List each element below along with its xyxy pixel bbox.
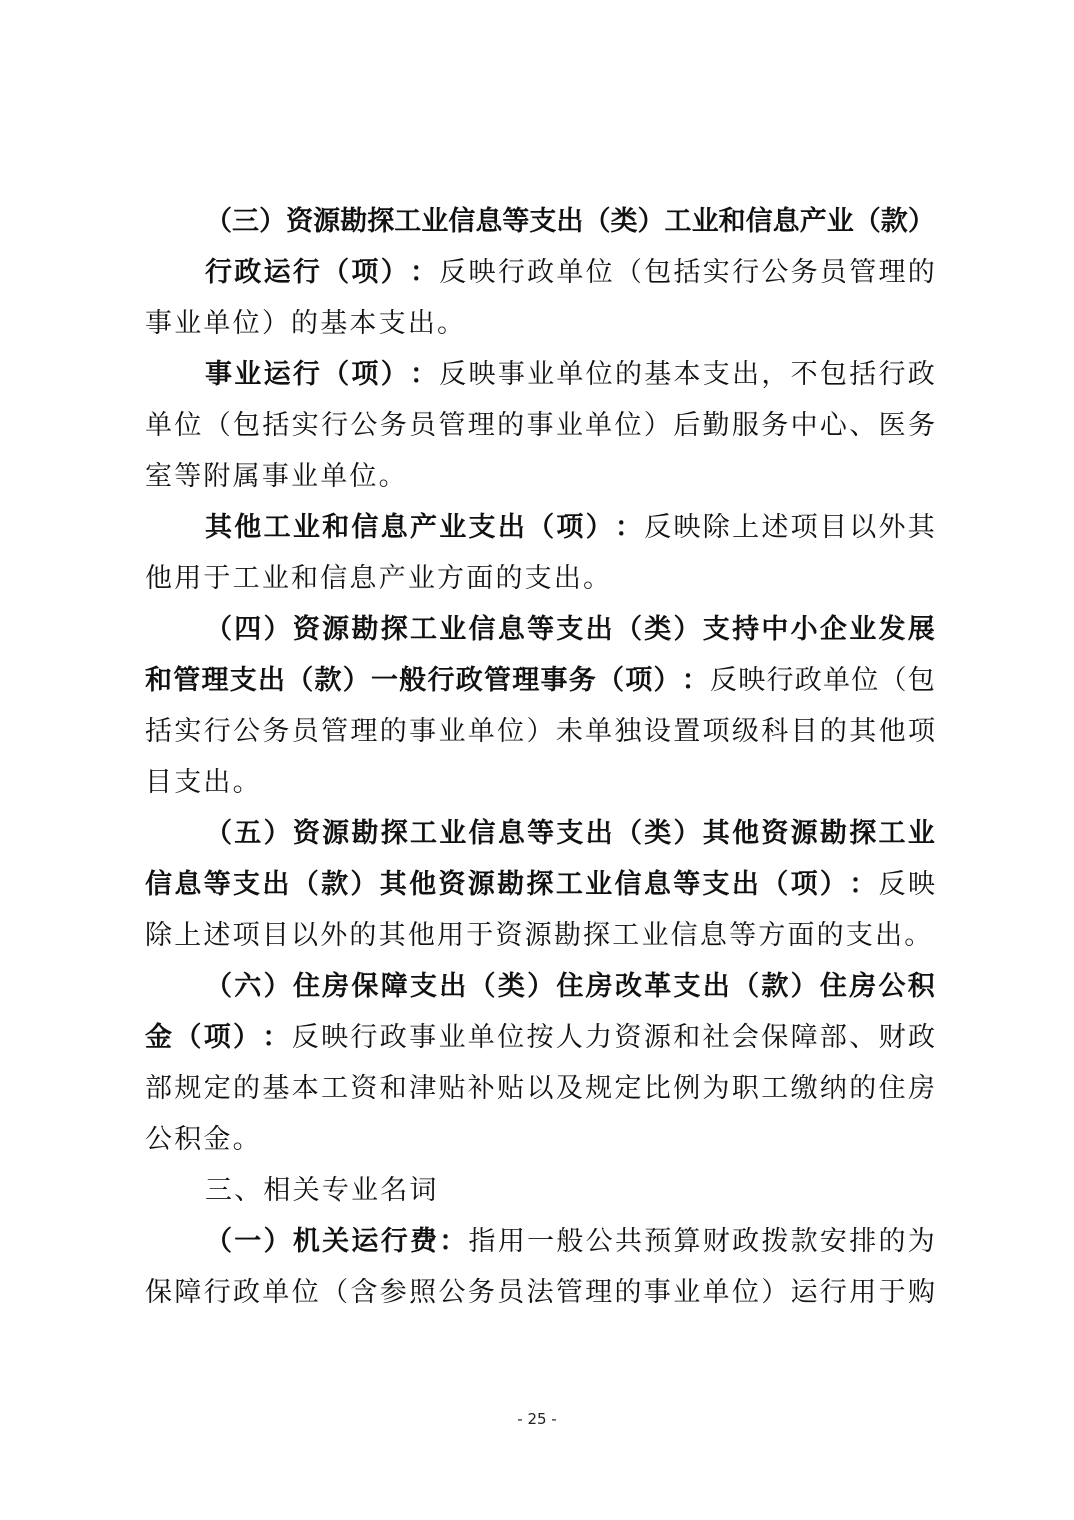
- char: 事: [262, 451, 291, 502]
- bold-char: 出: [586, 604, 613, 655]
- bold-char: 业: [439, 808, 466, 859]
- bold-char: 保: [351, 961, 378, 1012]
- char: 于: [879, 1267, 906, 1318]
- char: 除: [703, 502, 730, 553]
- char: 政: [527, 247, 554, 298]
- char: 规: [174, 1063, 201, 1114]
- bold-char: 改: [615, 961, 642, 1012]
- char: 支: [379, 298, 408, 349]
- bold-char: 般: [399, 655, 426, 706]
- char: 本: [674, 349, 701, 400]
- bold-char: 业: [421, 196, 448, 247]
- bold-char: （: [732, 961, 759, 1012]
- bold-char: 类: [644, 604, 671, 655]
- char: 政: [732, 1216, 759, 1267]
- bold-char: 其: [703, 808, 730, 859]
- char: 映: [321, 1012, 348, 1063]
- char: 心: [820, 400, 847, 451]
- char: 务: [761, 400, 788, 451]
- char: 般: [556, 1216, 583, 1267]
- char: 位: [349, 451, 378, 502]
- bold-char: 住: [293, 961, 320, 1012]
- char: 缴: [791, 1063, 818, 1114]
- bold-char: 业: [234, 349, 261, 400]
- char: 理: [350, 706, 377, 757]
- char: 专: [322, 1165, 351, 1216]
- bold-char: 革: [644, 961, 671, 1012]
- char: 上: [174, 910, 203, 961]
- char: 单: [585, 706, 612, 757]
- char: 金: [203, 1114, 232, 1165]
- char: 映: [469, 349, 496, 400]
- bold-char: 出: [703, 961, 730, 1012]
- bold-char: ：: [439, 1216, 466, 1267]
- char: 位: [174, 400, 201, 451]
- bold-char: （: [615, 808, 642, 859]
- bold-char: 支: [233, 859, 260, 910]
- char: ，: [761, 349, 788, 400]
- char: 三: [205, 1165, 234, 1216]
- char: 行: [767, 655, 794, 706]
- char: 运: [791, 1267, 818, 1318]
- char: 勘: [554, 910, 583, 961]
- char: 业: [174, 298, 203, 349]
- bold-char: ）: [674, 604, 701, 655]
- bold-char: 务: [569, 655, 596, 706]
- char: 。: [904, 910, 933, 961]
- char: 项: [908, 706, 935, 757]
- char: 位: [732, 1267, 759, 1318]
- char: 科: [761, 706, 788, 757]
- char: 行: [321, 400, 348, 451]
- text-line: 目支出。: [145, 757, 935, 808]
- char: 障: [791, 1012, 818, 1063]
- char: 法: [526, 1267, 553, 1318]
- char: 的: [615, 1267, 642, 1318]
- char: 安: [820, 1216, 847, 1267]
- bold-char: 一: [234, 1216, 261, 1267]
- char: 理: [878, 247, 905, 298]
- char: 例: [673, 1063, 700, 1114]
- char: 政: [908, 349, 935, 400]
- bold-char: 源: [791, 808, 818, 859]
- char: 财: [879, 1012, 906, 1063]
- char: 位: [497, 1012, 524, 1063]
- char: 置: [673, 706, 700, 757]
- bold-char: 项: [791, 859, 818, 910]
- bold-char: 理: [512, 655, 539, 706]
- char: 信: [320, 553, 349, 604]
- bold-char: ：: [410, 247, 437, 298]
- char: 包: [233, 400, 260, 451]
- char: 不: [791, 349, 818, 400]
- char: 产: [379, 553, 408, 604]
- char: 务: [908, 400, 935, 451]
- char: 位: [851, 655, 878, 706]
- char: 公: [233, 706, 260, 757]
- bold-char: 小: [791, 604, 818, 655]
- bold-char: 业: [293, 502, 320, 553]
- char: 务: [262, 706, 289, 757]
- bold-char: 出: [732, 859, 759, 910]
- char: 项: [703, 706, 730, 757]
- bold-char: （: [854, 196, 881, 247]
- char: 含: [350, 1267, 377, 1318]
- char: 业: [408, 553, 437, 604]
- char: 中: [791, 400, 818, 451]
- bold-char: ）: [264, 604, 291, 655]
- char: 单: [468, 1012, 495, 1063]
- char: 方: [437, 553, 466, 604]
- bold-char: 产: [410, 502, 437, 553]
- char: 出: [203, 757, 232, 808]
- bold-char: 资: [438, 859, 465, 910]
- bold-char: 机: [293, 1216, 320, 1267]
- char: （: [321, 1267, 348, 1318]
- bold-char: ）: [233, 1012, 260, 1063]
- bold-char: （: [583, 196, 610, 247]
- char: 单: [145, 400, 172, 451]
- bold-char: 探: [381, 808, 408, 859]
- char: 室: [145, 451, 174, 502]
- char: 、: [234, 1165, 263, 1216]
- char: 政: [795, 655, 822, 706]
- char: 会: [732, 1012, 759, 1063]
- text-line: 室等附属事业单位。: [145, 451, 935, 502]
- char: 反: [644, 502, 671, 553]
- bold-char: 积: [908, 961, 935, 1012]
- char: 支: [703, 349, 730, 400]
- bold-char: 探: [849, 808, 876, 859]
- bold-char: ：: [682, 655, 709, 706]
- char: 位: [586, 349, 613, 400]
- char: 务: [791, 247, 818, 298]
- char: 面: [787, 910, 816, 961]
- text-line: （五）资源勘探工业信息等支出（类）其他资源勘探工业: [145, 808, 935, 859]
- bold-char: ）: [381, 247, 408, 298]
- char: 属: [233, 451, 262, 502]
- char: 等: [174, 451, 203, 502]
- char: 反: [292, 1012, 319, 1063]
- char: 基: [644, 349, 671, 400]
- char: 他: [145, 553, 174, 604]
- char: 行: [878, 349, 905, 400]
- bold-char: 费: [410, 1216, 437, 1267]
- text-line: 括实行公务员管理的事业单位）未单独设置项级科目的其他项: [145, 706, 935, 757]
- char: 单: [585, 400, 612, 451]
- char: 相: [263, 1165, 292, 1216]
- char: 单: [203, 298, 232, 349]
- bold-char: 项: [625, 655, 652, 706]
- char: 资: [350, 1063, 377, 1114]
- bold-char: 勘: [351, 604, 378, 655]
- bold-char: 其: [380, 859, 407, 910]
- char: 独: [615, 706, 642, 757]
- char: 单: [556, 247, 583, 298]
- bold-char: 行: [381, 1216, 408, 1267]
- char: 位: [615, 400, 642, 451]
- bold-char: 障: [381, 961, 408, 1012]
- bold-char: 支: [529, 196, 556, 247]
- char: 算: [674, 1216, 701, 1267]
- bold-char: 探: [381, 604, 408, 655]
- char: 公: [145, 1114, 174, 1165]
- bold-char: 源: [322, 808, 349, 859]
- char: 事: [409, 1012, 436, 1063]
- text-line: 和管理支出（款）一般行政管理事务（项）：反映行政单位（包: [145, 655, 935, 706]
- bold-char: （: [761, 859, 788, 910]
- bold-char: 出: [262, 859, 289, 910]
- bold-char: 等: [527, 808, 554, 859]
- char: 勤: [703, 400, 730, 451]
- char: 保: [145, 1267, 172, 1318]
- bold-char: 中: [761, 604, 788, 655]
- bold-char: 管: [173, 655, 200, 706]
- char: 词: [409, 1165, 438, 1216]
- char: 员: [820, 247, 847, 298]
- bold-char: 五: [234, 808, 261, 859]
- bold-char: 业: [585, 859, 612, 910]
- text-line: 部规定的基本工资和津贴补贴以及规定比例为职工缴纳的住房: [145, 1063, 935, 1114]
- char: 。: [233, 757, 262, 808]
- char: 照: [409, 1267, 436, 1318]
- bold-char: （: [469, 961, 496, 1012]
- bold-char: 支: [410, 961, 437, 1012]
- char: 的: [849, 1063, 876, 1114]
- bold-char: ）: [820, 859, 847, 910]
- char: 比: [644, 1063, 671, 1114]
- char: 行: [204, 1267, 231, 1318]
- bold-char: 业: [849, 604, 876, 655]
- char: 未: [556, 706, 583, 757]
- char: 贴: [438, 1063, 465, 1114]
- char: 映: [908, 859, 935, 910]
- bold-char: 房: [322, 961, 349, 1012]
- bold-char: 六: [234, 961, 261, 1012]
- bold-char: ）: [654, 655, 681, 706]
- char: 反: [710, 655, 737, 706]
- bold-char: 工: [394, 196, 421, 247]
- char: 贴: [497, 1063, 524, 1114]
- text-line: 单位（包括实行公务员管理的事业单位）后勤服务中心、医务: [145, 400, 935, 451]
- char: 。: [583, 553, 612, 604]
- bold-char: 类: [644, 808, 671, 859]
- char: 医: [879, 400, 906, 451]
- bold-char: 运: [264, 349, 291, 400]
- char: 服: [732, 400, 759, 451]
- char: 房: [908, 1063, 935, 1114]
- bold-char: 业: [439, 502, 466, 553]
- bold-char: 勘: [340, 196, 367, 247]
- char: 的: [291, 298, 320, 349]
- char: 工: [761, 1063, 788, 1114]
- char: 面: [466, 553, 495, 604]
- char: 基: [320, 298, 349, 349]
- bold-char: 源: [313, 196, 340, 247]
- text-line: 事业单位）的基本支出。: [145, 298, 935, 349]
- text-line: （四）资源勘探工业信息等支出（类）支持中小企业发展: [145, 604, 935, 655]
- char: 映: [738, 655, 765, 706]
- bold-char: ）: [264, 961, 291, 1012]
- bold-char: 支: [230, 655, 257, 706]
- char: 信: [671, 910, 700, 961]
- bold-char: 和: [322, 502, 349, 553]
- char: 的: [497, 400, 524, 451]
- char: 款: [791, 1216, 818, 1267]
- bold-char: 出: [586, 808, 613, 859]
- bold-char: ：: [849, 859, 876, 910]
- char: 目: [262, 910, 291, 961]
- char: 行: [820, 1267, 847, 1318]
- bold-char: 息: [644, 859, 671, 910]
- char: 、: [849, 1012, 876, 1063]
- bold-char: 资: [286, 196, 313, 247]
- char: 以: [291, 910, 320, 961]
- text-line: 行政运行（项）：反映行政单位（包括实行公务员管理的: [145, 247, 935, 298]
- char: 级: [732, 706, 759, 757]
- bold-char: 项: [351, 349, 378, 400]
- char: 业: [438, 1012, 465, 1063]
- text-line: （六）住房保障支出（类）住房改革支出（款）住房公积: [145, 961, 935, 1012]
- char: 除: [145, 910, 174, 961]
- bold-char: 业: [439, 604, 466, 655]
- char: 位: [497, 706, 524, 757]
- bold-char: 其: [205, 502, 232, 553]
- bold-char: 管: [484, 655, 511, 706]
- bold-char: 和: [719, 196, 746, 247]
- char: 资: [615, 1012, 642, 1063]
- bold-char: （: [205, 196, 232, 247]
- char: 出: [408, 298, 437, 349]
- char: 其: [908, 502, 935, 553]
- char: 实: [292, 400, 319, 451]
- char: 述: [761, 502, 788, 553]
- bold-char: 三: [232, 196, 259, 247]
- bold-char: 支: [556, 808, 583, 859]
- bold-char: 工: [878, 808, 905, 859]
- char: 指: [469, 1216, 496, 1267]
- char: 以: [526, 1063, 553, 1114]
- bold-char: 和: [145, 655, 172, 706]
- bold-char: 事: [205, 349, 232, 400]
- char: 息: [349, 553, 378, 604]
- char: 共: [615, 1216, 642, 1267]
- char: 用: [174, 553, 203, 604]
- char: ）: [761, 1267, 788, 1318]
- bold-char: ）: [343, 655, 370, 706]
- char: 事: [498, 349, 525, 400]
- bold-char: ）: [381, 349, 408, 400]
- char: 目: [820, 502, 847, 553]
- char: 名: [380, 1165, 409, 1216]
- char: 映: [469, 247, 496, 298]
- char: 的: [233, 1063, 260, 1114]
- char: 预: [644, 1216, 671, 1267]
- char: 定: [615, 1063, 642, 1114]
- bold-char: 运: [264, 247, 291, 298]
- char: 按: [526, 1012, 553, 1063]
- char: 工: [233, 553, 262, 604]
- bold-char: ）: [586, 502, 613, 553]
- char: 位: [292, 1267, 319, 1318]
- bold-char: （: [205, 1216, 232, 1267]
- char: 的: [817, 910, 846, 961]
- char: 部: [145, 1063, 172, 1114]
- bold-char: （: [322, 247, 349, 298]
- char: 单: [703, 1267, 730, 1318]
- bold-char: 持: [732, 604, 759, 655]
- bold-char: 支: [703, 859, 730, 910]
- char: 津: [409, 1063, 436, 1114]
- bold-char: 等: [204, 859, 231, 910]
- text-line: 其他工业和信息产业支出（项）：反映除上述项目以外其: [145, 502, 935, 553]
- char: 反: [879, 859, 906, 910]
- bold-char: 业: [692, 196, 719, 247]
- char: 单: [262, 1267, 289, 1318]
- char: 务: [380, 400, 407, 451]
- char: 的: [878, 1216, 905, 1267]
- bold-char: 金: [145, 1012, 172, 1063]
- char: 理: [585, 1267, 612, 1318]
- char: 业: [556, 400, 583, 451]
- char: 业: [641, 910, 670, 961]
- char: 的: [349, 910, 378, 961]
- bold-char: （: [286, 655, 313, 706]
- char: 括: [145, 706, 172, 757]
- bold-char: 出: [258, 655, 285, 706]
- char: 附: [203, 451, 232, 502]
- char: 政: [233, 1267, 260, 1318]
- bold-char: ）: [527, 961, 554, 1012]
- char: 管: [438, 400, 465, 451]
- char: 的: [820, 706, 847, 757]
- bold-char: 他: [234, 502, 261, 553]
- bold-char: 他: [409, 859, 436, 910]
- bold-char: 资: [761, 808, 788, 859]
- char: 业: [438, 706, 465, 757]
- char: 业: [262, 553, 291, 604]
- char: 理: [468, 400, 495, 451]
- bold-char: （: [615, 604, 642, 655]
- char: 外: [320, 910, 349, 961]
- char: 包: [644, 247, 671, 298]
- bold-char: 房: [849, 961, 876, 1012]
- bold-char: 工: [665, 196, 692, 247]
- char: 补: [468, 1063, 495, 1114]
- bold-char: 款: [761, 961, 788, 1012]
- char: 支: [846, 910, 875, 961]
- bold-char: 行: [428, 655, 455, 706]
- text-line: 事业运行（项）：反映事业单位的基本支出，不包括行政: [145, 349, 935, 400]
- text-line: 公积金。: [145, 1114, 935, 1165]
- bold-char: 支: [674, 961, 701, 1012]
- bold-char: 项: [556, 502, 583, 553]
- char: 的: [908, 247, 935, 298]
- char: 排: [849, 1216, 876, 1267]
- char: 实: [174, 706, 201, 757]
- text-line: （三）资源勘探工业信息等支出（类）工业和信息产业（款）: [145, 196, 935, 247]
- char: 目: [145, 757, 174, 808]
- char: 人: [556, 1012, 583, 1063]
- char: 财: [703, 1216, 730, 1267]
- char: 业: [673, 1267, 700, 1318]
- bold-char: 勘: [351, 808, 378, 859]
- char: 外: [878, 502, 905, 553]
- char: 实: [703, 247, 730, 298]
- char: 息: [700, 910, 729, 961]
- char: 反: [439, 349, 466, 400]
- bold-char: ：: [615, 502, 642, 553]
